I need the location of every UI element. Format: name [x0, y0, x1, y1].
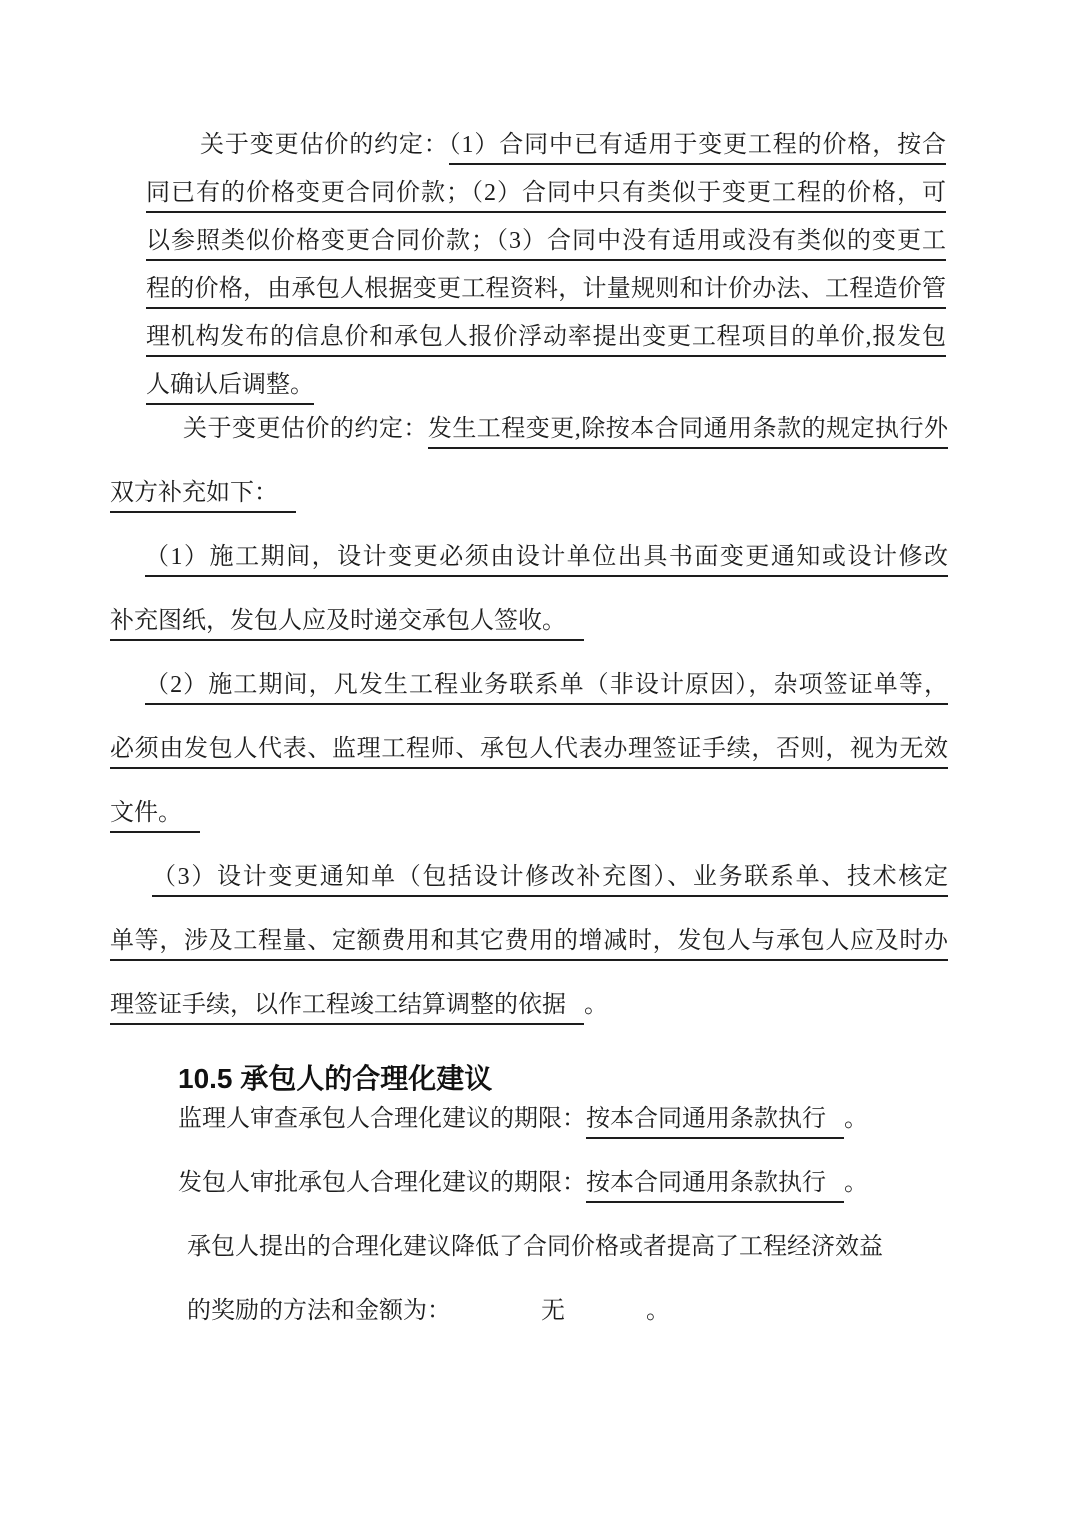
plain-text: 承包人提出的合理化建议降低了合同价格或者提高了工程经济效益 — [187, 1234, 883, 1260]
doc-line: 关于变更估价的约定：发生工程变更,除按本合同通用条款的规定执行外 — [110, 397, 948, 461]
underlined-text: 以参照类似价格变更合同价款；（3）合同中没有适用或没有类似的变更工 — [146, 228, 946, 261]
doc-line: 关于变更估价的约定：（1）合同中已有适用于变更工程的价格，按合 — [146, 121, 946, 169]
plain-text: 关于变更估价的约定： — [183, 416, 428, 442]
period: 。 — [646, 1298, 670, 1324]
period: 。 — [584, 992, 608, 1018]
underlined-text: （2）施工期间，凡发生工程业务联系单（非设计原因），杂项签证单等， — [145, 672, 948, 705]
underlined-text: 按本合同通用条款执行 — [586, 1106, 844, 1139]
plain-text: 监理人审查承包人合理化建议的期限： — [178, 1106, 586, 1132]
underlined-text: 理机构发布的信息价和承包人报价浮动率提出变更工程项目的单价,报发包 — [146, 324, 946, 357]
underlined-text: 文件。 — [110, 800, 200, 833]
underlined-text: （3）设计变更通知单（包括设计修改补充图）、业务联系单、技术核定 — [152, 864, 948, 897]
doc-line: （3）设计变更通知单（包括设计修改补充图）、业务联系单、技术核定 — [110, 845, 948, 909]
underlined-text: 双方补充如下： — [110, 480, 296, 513]
doc-line: （1）施工期间，设计变更必须由设计单位出具书面变更通知或设计修改 — [110, 525, 948, 589]
underlined-text: 补充图纸，发包人应及时递交承包人签收。 — [110, 608, 584, 641]
underlined-text: 程的价格，由承包人根据变更工程资料，计量规则和计价办法、工程造价管 — [146, 276, 946, 309]
plain-text: 关于变更估价的约定： — [200, 132, 449, 158]
plain-text: 发包人审批承包人合理化建议的期限： — [178, 1170, 586, 1196]
underlined-text: （1）施工期间，设计变更必须由设计单位出具书面变更通知或设计修改 — [145, 544, 948, 577]
doc-line: 发包人审批承包人合理化建议的期限：按本合同通用条款执行。 — [178, 1151, 968, 1215]
doc-line: 单等，涉及工程量、定额费用和其它费用的增减时，发包人与承包人应及时办 — [110, 909, 948, 973]
doc-line: 程的价格，由承包人根据变更工程资料，计量规则和计价办法、工程造价管 — [146, 265, 946, 313]
underlined-text: 同已有的价格变更合同价款；（2）合同中只有类似于变更工程的价格，可 — [146, 180, 946, 213]
underlined-text: 按本合同通用条款执行 — [586, 1170, 844, 1203]
para-rationalization-proposals: 监理人审查承包人合理化建议的期限：按本合同通用条款执行。 发包人审批承包人合理化… — [178, 1087, 968, 1343]
doc-line: 理签证手续，以作工程竣工结算调整的依据。 — [110, 973, 948, 1037]
plain-text: 的奖励的方法和金额为： — [187, 1298, 451, 1324]
doc-line: 双方补充如下： — [110, 461, 948, 525]
blank-fill-value: 无 — [451, 1279, 646, 1343]
underlined-text: 发生工程变更,除按本合同通用条款的规定执行外 — [428, 416, 948, 449]
para-change-valuation-pricing: 关于变更估价的约定：（1）合同中已有适用于变更工程的价格，按合 同已有的价格变更… — [146, 121, 946, 409]
para-change-valuation-supplement: 关于变更估价的约定：发生工程变更,除按本合同通用条款的规定执行外 双方补充如下：… — [110, 397, 948, 1037]
doc-line: 必须由发包人代表、监理工程师、承包人代表办理签证手续，否则，视为无效 — [110, 717, 948, 781]
contract-document-page: 关于变更估价的约定：（1）合同中已有适用于变更工程的价格，按合 同已有的价格变更… — [0, 0, 1074, 1520]
underlined-text: （1）合同中已有适用于变更工程的价格，按合 — [449, 132, 946, 165]
period: 。 — [844, 1170, 868, 1196]
period: 。 — [844, 1106, 868, 1132]
doc-line: 理机构发布的信息价和承包人报价浮动率提出变更工程项目的单价,报发包 — [146, 313, 946, 361]
doc-line: 文件。 — [110, 781, 948, 845]
doc-line: （2）施工期间，凡发生工程业务联系单（非设计原因），杂项签证单等， — [110, 653, 948, 717]
underlined-text: 理签证手续，以作工程竣工结算调整的依据 — [110, 992, 584, 1025]
underlined-text: 单等，涉及工程量、定额费用和其它费用的增减时，发包人与承包人应及时办 — [110, 928, 948, 961]
doc-line: 的奖励的方法和金额为：无。 — [178, 1279, 968, 1343]
underlined-text: 必须由发包人代表、监理工程师、承包人代表办理签证手续，否则，视为无效 — [110, 736, 948, 769]
doc-line: 监理人审查承包人合理化建议的期限：按本合同通用条款执行。 — [178, 1087, 968, 1151]
doc-line: 承包人提出的合理化建议降低了合同价格或者提高了工程经济效益 — [178, 1215, 968, 1279]
doc-line: 同已有的价格变更合同价款；（2）合同中只有类似于变更工程的价格，可 — [146, 169, 946, 217]
doc-line: 以参照类似价格变更合同价款；（3）合同中没有适用或没有类似的变更工 — [146, 217, 946, 265]
doc-line: 补充图纸，发包人应及时递交承包人签收。 — [110, 589, 948, 653]
